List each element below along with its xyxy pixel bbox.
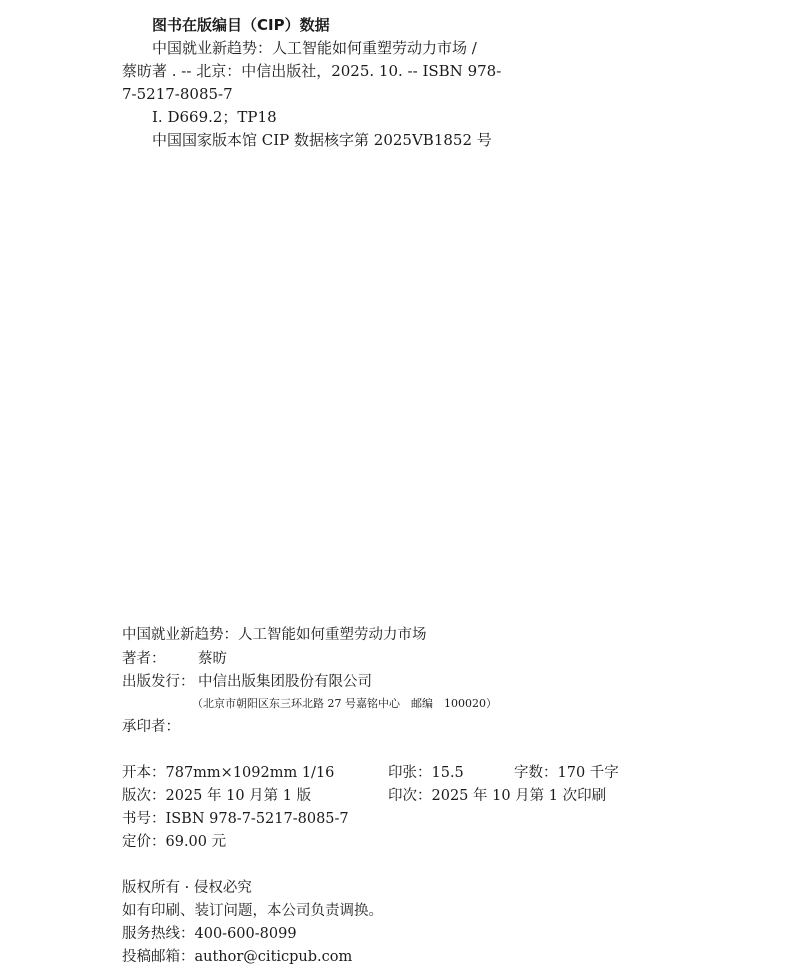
cip-line-1: 中国就业新趋势：人工智能如何重塑劳动力市场 / <box>152 37 477 59</box>
copyright: 版权所有 · 侵权必究 <box>122 877 252 899</box>
author-name: 蔡昉 <box>198 648 227 670</box>
cip-line-2: 蔡昉著 . -- 北京：中信出版社，2025. 10. -- ISBN 978- <box>122 60 501 82</box>
cip-title: 图书在版编目（CIP）数据 <box>152 14 330 35</box>
word-count: 字数：170 千字 <box>514 762 619 784</box>
author-label: 著者： <box>122 648 166 670</box>
price: 定价：69.00 元 <box>122 831 226 853</box>
cip-line-5: 中国国家版本馆 CIP 数据核字第 2025VB1852 号 <box>152 129 492 151</box>
format: 开本：787mm×1092mm 1/16 <box>122 762 334 784</box>
printing: 印次：2025 年 10 月第 1 次印刷 <box>388 785 606 807</box>
quality-notice: 如有印刷、装订问题，本公司负责调换。 <box>122 900 383 922</box>
cip-line-3: 7-5217-8085-7 <box>122 83 233 105</box>
edition: 版次：2025 年 10 月第 1 版 <box>122 785 311 807</box>
cip-line-4: Ⅰ. D669.2；TP18 <box>152 106 277 128</box>
publisher-address: （北京市朝阳区东三环北路 27 号嘉铭中心 邮编 100020） <box>192 695 497 711</box>
book-title: 中国就业新趋势：人工智能如何重塑劳动力市场 <box>122 624 427 646</box>
publisher-name: 中信出版集团股份有限公司 <box>198 671 372 693</box>
service-hotline: 服务热线：400-600-8099 <box>122 923 297 945</box>
isbn: 书号：ISBN 978-7-5217-8085-7 <box>122 808 349 830</box>
submission-email: 投稿邮箱：author@citicpub.com <box>122 946 352 968</box>
publisher-label: 出版发行： <box>122 671 195 693</box>
printer-label: 承印者： <box>122 716 180 738</box>
sheets: 印张：15.5 <box>388 762 464 784</box>
